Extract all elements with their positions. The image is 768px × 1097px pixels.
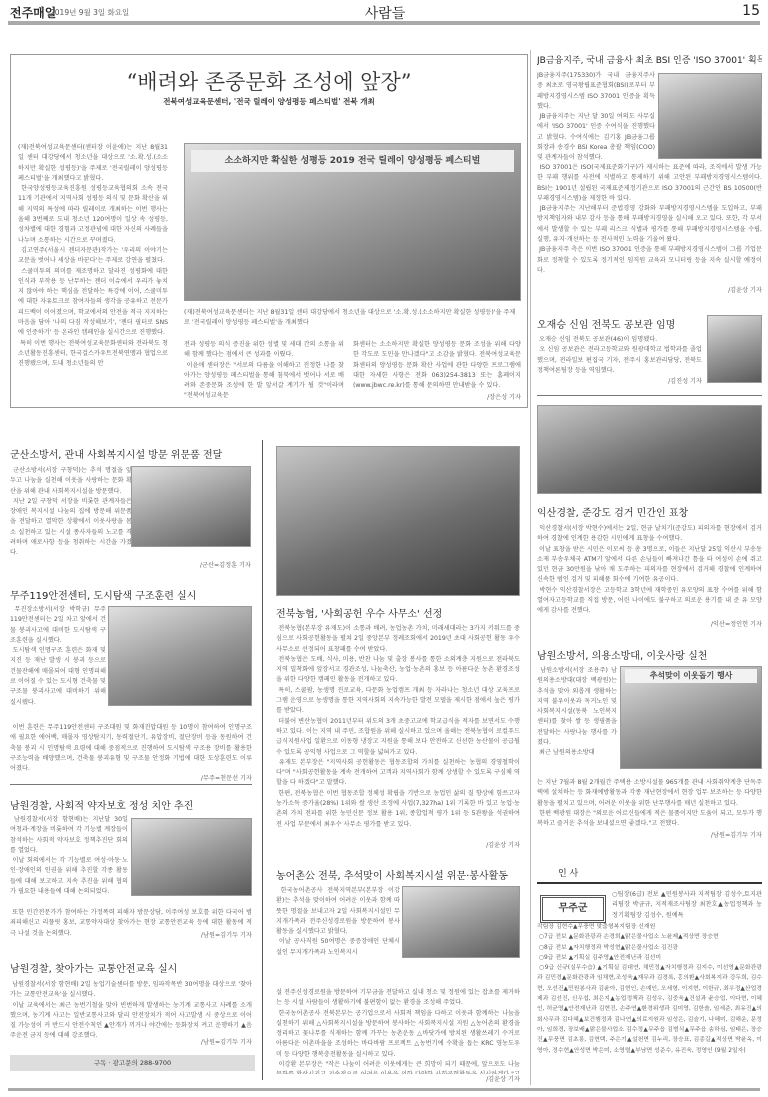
oh-portrait bbox=[707, 315, 762, 383]
feature-body-col2: 전과 성평등 의식 증진을 위한 성별 및 세대 간의 소통을 위해 함께 했다… bbox=[184, 340, 344, 402]
jb-byline: /김윤상 기자 bbox=[537, 285, 762, 294]
oh-body: 오재승 신임 전북도 공보관(46)이 임명됐다. 오 신임 공보관은 전라고등… bbox=[537, 335, 702, 377]
iksan-byline: /익산=정인헌 기자 bbox=[537, 619, 762, 628]
column-divider bbox=[530, 50, 531, 1085]
divider bbox=[10, 784, 252, 785]
traffic-edu-headline: 남원경찰, 찾아가는 교통안전교육 실시 bbox=[10, 960, 260, 975]
personnel-heading: 인 사 bbox=[558, 866, 618, 879]
namwon-police-byline: /남원=김기두 기자 bbox=[10, 930, 252, 939]
krc-byline: /김윤상 기자 bbox=[276, 1074, 520, 1083]
namwon-fire-lead: 남원소방서(서장 조용주) 남원의용소방대(대장 백광원)는 추석을 맞아 외롭… bbox=[537, 666, 617, 779]
krc-photo bbox=[402, 886, 520, 958]
nonghyup-headline: 전북농협, '사회공헌 우수 사무소' 선정 bbox=[276, 605, 526, 620]
photo-banner: 소소하지만 확실한 성평등 2019 전국 릴레이 양성평등 페스티벌 bbox=[191, 150, 514, 172]
muju-byline: /무주=천문선 기자 bbox=[10, 773, 252, 782]
personnel-rule bbox=[537, 882, 762, 884]
iksan-body: 익산경찰서(서장 박현수)에서는 2일, 현금 날치기(준강도) 피의자를 현장… bbox=[537, 524, 762, 628]
gunsan-body: 군산소방서(서장 구창덕)는 추석 명절을 앞두고 나눔을 실천해 이웃을 사랑… bbox=[10, 466, 132, 576]
krc-headline: 농어촌公 전북, 추석맞이 사회복지시설 위문·봉사활동 bbox=[276, 867, 526, 882]
feature-body-col3: 화센터는 소소하지만 확실한 양성평등 문화 조성을 위해 다양한 각도로 도민… bbox=[353, 340, 521, 392]
photo-banner: 추석맞이 이웃돕기 행사 bbox=[625, 669, 757, 683]
section-title: 사람들 bbox=[10, 3, 760, 23]
namwon-police-headline: 남원경찰, 사회적 약자보호 정성 치안 추진 bbox=[10, 797, 260, 812]
gunsan-byline: /군산=김정훈 기자 bbox=[131, 560, 251, 569]
gunsan-headline: 군산소방서, 관내 사회복지시설 방문 위문품 전달 bbox=[10, 446, 260, 461]
muju-body: 이번 훈련은 무주119안전센터 구조대원 및 화재진압대원 등 10명이 참여… bbox=[10, 723, 252, 775]
page-number: 15 bbox=[742, 3, 760, 19]
nonghyup-byline: /김윤상 기자 bbox=[276, 840, 520, 849]
traffic-edu-byline: /남원=김기두 기자 bbox=[10, 1037, 252, 1046]
muju-photo bbox=[108, 606, 252, 706]
iksan-headline: 익산경찰, 준강도 검거 민간인 표창 bbox=[537, 504, 762, 519]
feature-byline: /장은성 기자 bbox=[353, 392, 521, 401]
personnel-body: 작팀장 김현수▲무풍면 맞춤형복지팀장 신재원 ○7급 전보 ▲문화관광과 손경… bbox=[537, 922, 762, 1086]
feature-headline: “배려와 존중문화 조성에 앞장” bbox=[10, 66, 528, 96]
muju-lead: 무진장소방서(서장 박학규) 무주119안전센터는 2일 차고 앞에서 건물 붕… bbox=[10, 605, 106, 723]
krc-lead: 한국농어촌공사 전북지역본부(본부장 이강환)는 추석을 맞이하여 어려운 이웃… bbox=[276, 886, 400, 988]
masthead-rule bbox=[8, 21, 760, 25]
feature-body-col1: (재)전북여성교육문센터(센터장 이윤애)는 지난 8월31일 센터 대강당에서… bbox=[18, 143, 168, 403]
namwon-fire-byline: /남원=김기두 기자 bbox=[537, 830, 762, 839]
bottom-rule bbox=[8, 1088, 760, 1091]
namwon-police-photo bbox=[131, 818, 252, 896]
jb-body: ISO 37001은 ISO(국제표준화기구)가 제시하는 표준에 따라, 조직… bbox=[537, 163, 762, 285]
iksan-photo bbox=[537, 405, 762, 494]
gunsan-photo bbox=[131, 466, 251, 547]
namwon-fire-photo: 추석맞이 이웃돕기 행사 bbox=[620, 666, 762, 769]
feature-photo-caption: (재)전북여성교육문센터는 지난 8월31일 센터 대강당에서 청소년을 대상으… bbox=[184, 308, 521, 330]
feature-photo: 소소하지만 확실한 성평등 2019 전국 릴레이 양성평등 페스티벌 bbox=[184, 143, 521, 301]
namwon-fire-body: 는 지난 7월과 8월 2개월간 주택용 소방시설물 965개를 관내 사회취약… bbox=[537, 778, 762, 830]
muju-headline: 무주119안전센터, 도시탐색 구조훈련 실시 bbox=[10, 587, 260, 602]
jb-photo bbox=[658, 73, 762, 159]
nonghyup-body: 전북농협(본부장 유재도)이 소통과 배려, 농업농촌 가치, 미래세대라는 3… bbox=[276, 624, 520, 840]
feature-subheadline: 전북여성교육문센터, '전국 릴레이 양성평등 페스티벌' 전북 개최 bbox=[10, 96, 528, 107]
subscription-box: 구독 · 광고문의 288-9700 bbox=[10, 1055, 255, 1071]
oh-byline: /김진성 기자 bbox=[537, 376, 702, 385]
oh-headline: 오재승 신임 전북도 공보관 임명 bbox=[537, 316, 697, 331]
divider bbox=[537, 395, 762, 396]
nonghyup-photo bbox=[276, 446, 520, 596]
namwon-fire-headline: 남원소방서, 의용소방대, 이웃사랑 실천 bbox=[537, 647, 762, 662]
krc-body: 설 전주신성경로원을 방문하여 기부금을 전달하고 실내 청소 및 정원에 있는… bbox=[276, 988, 520, 1074]
namwon-police-lead: 남원경찰서(서장 함현배)는 지난달 30일 여청과·계장을 비롯하여 각 기능… bbox=[10, 815, 128, 908]
jb-headline: JB금융지주, 국내 금융사 최초 BSI 인증 'ISO 37001' 획득 bbox=[537, 53, 762, 66]
personnel-org-box: 무주군 bbox=[540, 895, 606, 923]
jb-lead: JB금융지주(175330)가 국내 금융지주사 중 최초로 영국왕립표준협회(… bbox=[537, 71, 655, 163]
personnel-lead: ○팀장(6급) 전보 ▲민원봉사과 지적팀장 김성수,토지관리팀장 박금규, 지… bbox=[612, 890, 762, 922]
column-divider bbox=[262, 440, 263, 1080]
masthead: 전주매일 2019년 9월 3일 화요일 사람들 15 bbox=[10, 4, 760, 22]
traffic-edu-body: 남원경찰서(서장 함현배) 2일 농업기술센터를 방문, 임파작목반 30여명을… bbox=[10, 980, 252, 1042]
